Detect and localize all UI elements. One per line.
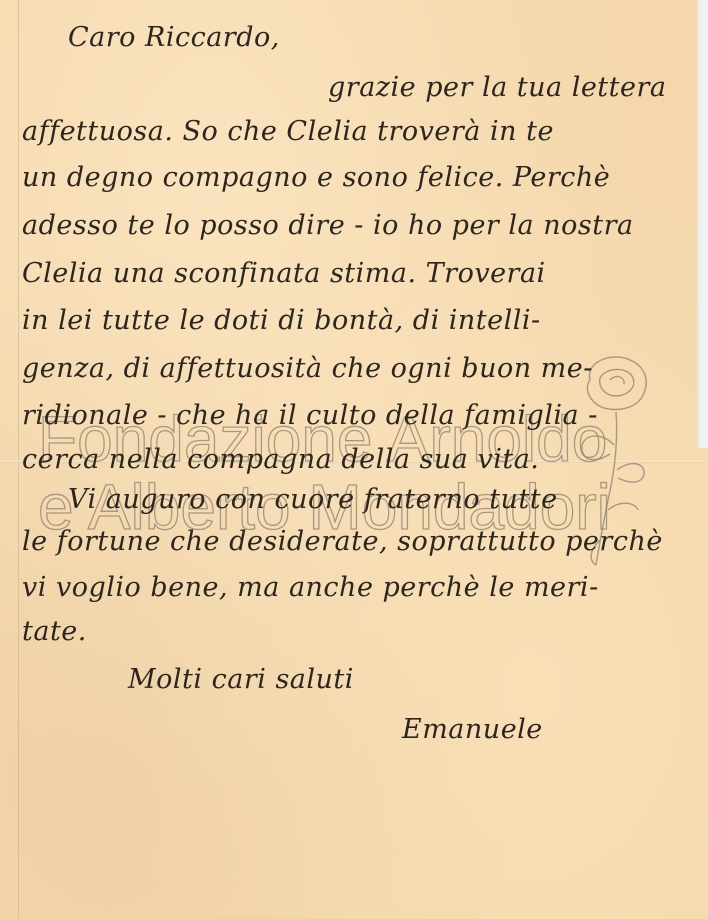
letter-line: Vi auguro con cuore fraterno tutte <box>68 484 558 515</box>
signature: Emanuele <box>402 714 543 745</box>
salutation: Caro Riccardo, <box>68 22 280 53</box>
letter-line: cerca nella compagna della sua vita. <box>22 444 539 475</box>
letter-line: genza, di affettuosità che ogni buon me- <box>22 353 593 384</box>
closing: Molti cari saluti <box>128 664 354 695</box>
letter-line: Clelia una sconfinata stima. Troverai <box>22 258 546 289</box>
letter-line: grazie per la tua lettera <box>328 72 667 103</box>
letter-body: Caro Riccardo, grazie per la tua lettera… <box>0 0 708 919</box>
letter-line: affettuosa. So che Clelia troverà in te <box>22 116 554 147</box>
letter-line: tate. <box>22 616 87 647</box>
letter-line: ridionale - che ha il culto della famigl… <box>22 400 598 431</box>
letter-line: vi voglio bene, ma anche perchè le meri- <box>22 572 599 603</box>
letter-line: le fortune che desiderate, soprattutto p… <box>22 526 663 557</box>
letter-line: adesso te lo posso dire - io ho per la n… <box>22 210 634 241</box>
letter-line: un degno compagno e sono felice. Perchè <box>22 162 610 193</box>
letter-line: in lei tutte le doti di bontà, di intell… <box>22 305 541 336</box>
